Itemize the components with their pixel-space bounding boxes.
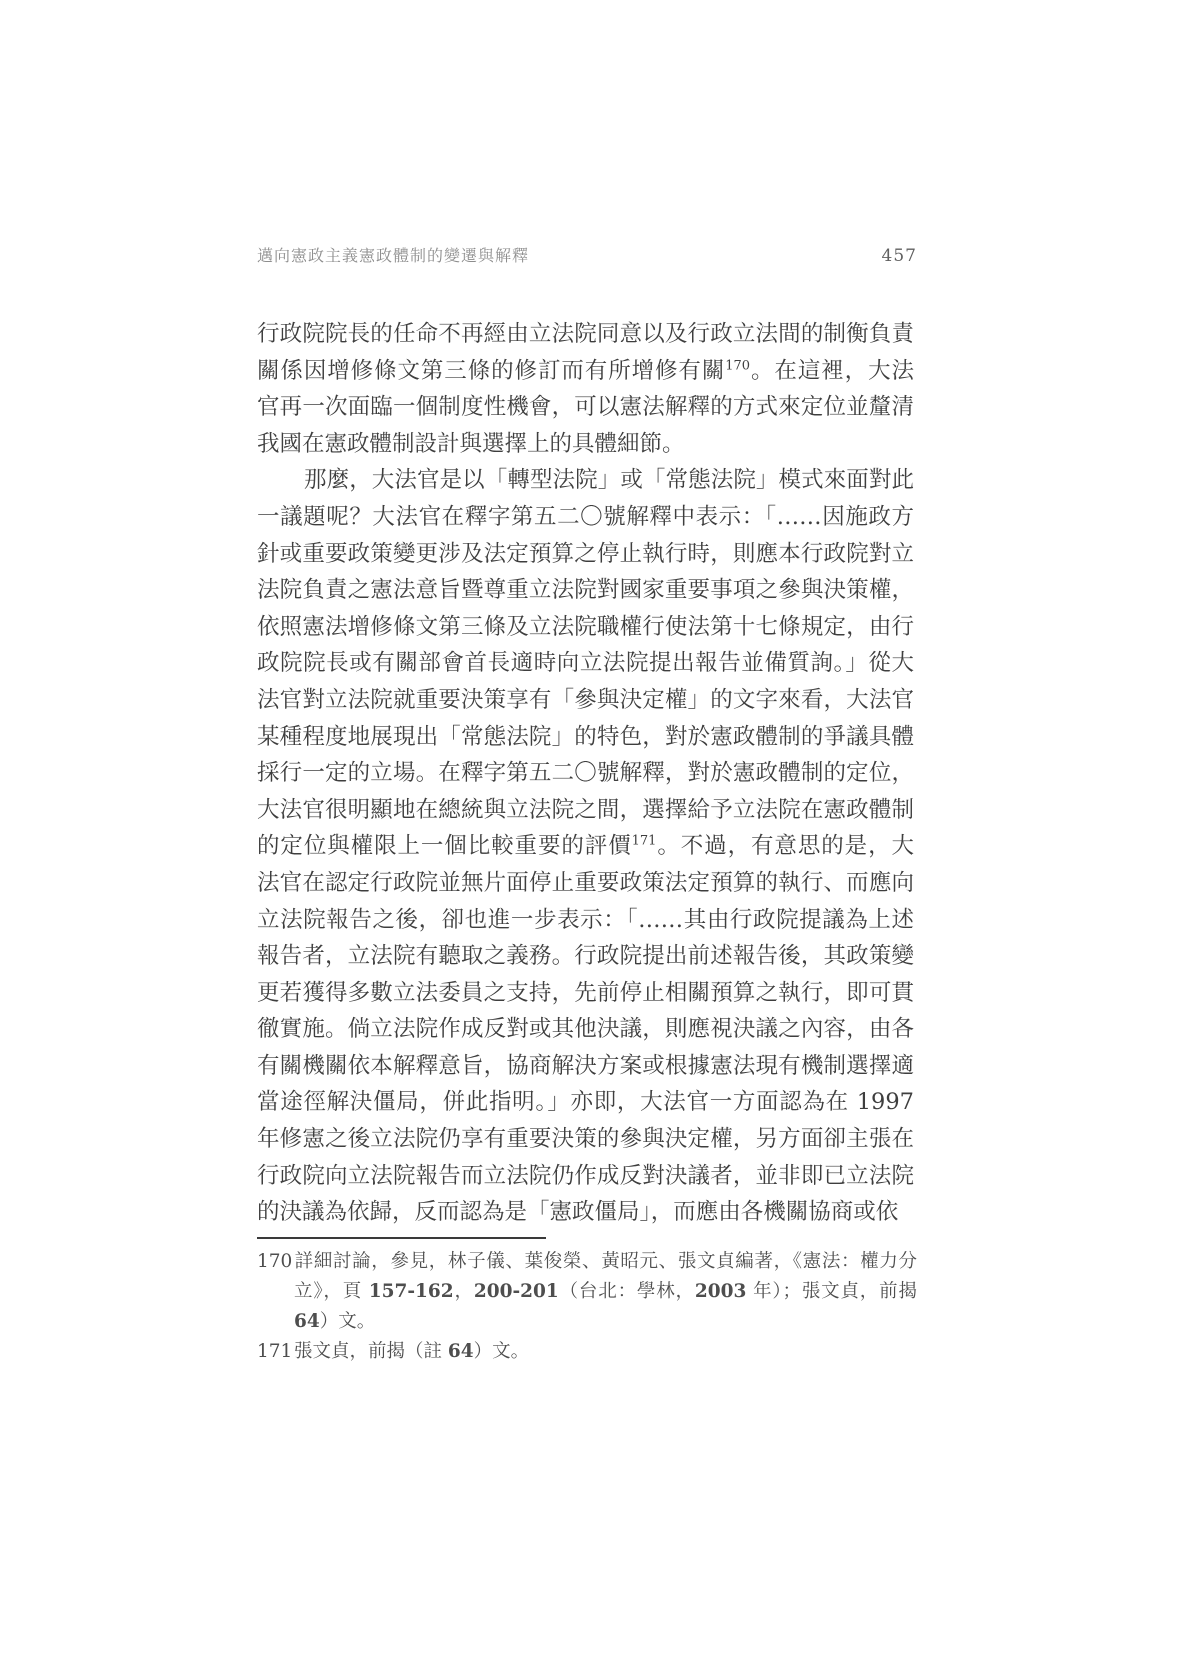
footnotes-section: 170詳細討論，參見，林子儀、葉俊榮、黃昭元、張文貞編著，《憲法：權力分立》，頁… xyxy=(257,1247,917,1367)
text-segment: 徹實施。倘立法院作成反對或其他決議，則應視決議之內容，由各 xyxy=(257,1016,914,1042)
text-line: 當途徑解決僵局，併此指明。」亦即，大法官一方面認為在 1997 xyxy=(257,1084,914,1121)
text-line: 的定位與權限上一個比較重要的評價171。不過，有意思的是，大 xyxy=(257,828,914,865)
text-segment: 立》，頁 xyxy=(294,1281,369,1302)
text-segment: 法官對立法院就重要決策享有「參與決定權」的文字來看，大法官 xyxy=(257,687,914,713)
body-text: 行政院院長的任命不再經由立法院同意以及行政立法間的制衡負責關係因增修條文第三條的… xyxy=(257,316,914,1231)
text-line: 大法官很明顯地在總統與立法院之間，選擇給予立法院在憲政體制 xyxy=(257,792,914,829)
text-segment: 依照憲法增修條文第三條及立法院職權行使法第十七條規定，由行 xyxy=(257,614,914,640)
text-line: 年修憲之後立法院仍享有重要決策的參與決定權，另方面卻主張在 xyxy=(257,1121,914,1158)
text-segment: 行政院向立法院報告而立法院仍作成反對決議者，並非即已立法院 xyxy=(257,1163,914,1189)
text-segment: 那麼，大法官是以「轉型法院」或「常態法院」模式來面對此 xyxy=(304,467,914,493)
page-number: 457 xyxy=(882,246,917,266)
text-line: 針或重要政策變更涉及法定預算之停止執行時，則應本行政院對立 xyxy=(257,536,914,573)
scanned-book-page: 邁向憲政主義憲政體制的變遷與解釋 457 行政院院長的任命不再經由立法院同意以及… xyxy=(0,0,1177,1664)
text-line: 政院院長或有關部會首長適時向立法院提出報告並備質詢。」從大 xyxy=(257,645,914,682)
text-segment: 法院負責之憲法意旨暨尊重立法院對國家重要事項之參與決策權， xyxy=(257,577,914,603)
footnote-170: 170詳細討論，參見，林子儀、葉俊榮、黃昭元、張文貞編著，《憲法：權力分立》，頁… xyxy=(257,1247,917,1337)
text-segment: （台北：學林， xyxy=(559,1281,695,1302)
text-segment: 針或重要政策變更涉及法定預算之停止執行時，則應本行政院對立 xyxy=(257,541,914,567)
text-segment: 64 xyxy=(448,1341,474,1362)
text-line: 立法院報告之後，卻也進一步表示：「……其由行政院提議為上述 xyxy=(257,902,914,939)
running-title-chapter: 憲政體制的變遷與解釋 xyxy=(359,246,529,265)
text-segment: 。不過，有意思的是，大 xyxy=(656,833,914,859)
footnote-line: 171張文貞，前揭（註 64）文。 xyxy=(257,1337,917,1367)
text-line: 關係因增修條文第三條的修訂而有所增修有關170。在這裡，大法 xyxy=(257,353,914,390)
text-segment: 關係因增修條文第三條的修訂而有所增修有關 xyxy=(257,358,725,384)
text-line: 官再一次面臨一個制度性機會，可以憲法解釋的方式來定位並釐清 xyxy=(257,389,914,426)
text-segment: 法官在認定行政院並無片面停止重要政策法定預算的執行、而應向 xyxy=(257,870,914,896)
text-segment: 157-162 xyxy=(369,1281,454,1302)
text-segment: 立法院報告之後，卻也進一步表示：「……其由行政院提議為上述 xyxy=(257,907,914,933)
text-segment: 報告者，立法院有聽取之義務。行政院提出前述報告後，其政策變 xyxy=(257,943,914,969)
text-line: 採行一定的立場。在釋字第五二〇號解釋，對於憲政體制的定位， xyxy=(257,755,914,792)
text-line: 一議題呢？大法官在釋字第五二〇號解釋中表示：「……因施政方 xyxy=(257,499,914,536)
text-line: 有關機關依本解釋意旨，協商解決方案或根據憲法現有機制選擇適 xyxy=(257,1048,914,1085)
text-line: 法官在認定行政院並無片面停止重要政策法定預算的執行、而應向 xyxy=(257,865,914,902)
footnote-number: 171 xyxy=(257,1337,294,1367)
text-line: 法院負責之憲法意旨暨尊重立法院對國家重要事項之參與決策權， xyxy=(257,572,914,609)
running-title-book: 邁向憲政主義 xyxy=(257,246,359,265)
text-segment: 更若獲得多數立法委員之支持，先前停止相關預算之執行，即可貫 xyxy=(257,980,914,1006)
text-line: 報告者，立法院有聽取之義務。行政院提出前述報告後，其政策變 xyxy=(257,938,914,975)
footnote-171: 171張文貞，前揭（註 64）文。 xyxy=(257,1337,917,1367)
text-segment: 年修憲之後立法院仍享有重要決策的參與決定權，另方面卻主張在 xyxy=(257,1126,914,1152)
footnote-line: 170詳細討論，參見，林子儀、葉俊榮、黃昭元、張文貞編著，《憲法：權力分 xyxy=(257,1247,917,1277)
text-line: 法官對立法院就重要決策享有「參與決定權」的文字來看，大法官 xyxy=(257,682,914,719)
footnote-ref: 171 xyxy=(632,834,657,849)
text-line: 我國在憲政體制設計與選擇上的具體細節。 xyxy=(257,426,914,463)
text-segment: 採行一定的立場。在釋字第五二〇號解釋，對於憲政體制的定位， xyxy=(257,760,914,786)
text-segment: 的定位與權限上一個比較重要的評價 xyxy=(257,833,632,859)
text-segment: ）文。 xyxy=(474,1341,530,1362)
footnote-ref: 170 xyxy=(725,358,750,373)
text-segment: ， xyxy=(454,1281,474,1302)
text-segment: 64 xyxy=(294,1311,320,1332)
text-segment: 我國在憲政體制設計與選擇上的具體細節。 xyxy=(257,431,685,457)
text-segment: 政院院長或有關部會首長適時向立法院提出報告並備質詢。」從大 xyxy=(257,650,914,676)
text-segment: 當途徑解決僵局，併此指明。」亦即，大法官一方面認為在 1997 xyxy=(257,1089,914,1115)
footnote-divider xyxy=(257,1237,546,1239)
text-segment: 一議題呢？大法官在釋字第五二〇號解釋中表示：「……因施政方 xyxy=(257,504,914,530)
text-line: 行政院院長的任命不再經由立法院同意以及行政立法間的制衡負責 xyxy=(257,316,914,353)
text-segment: 。在這裡，大法 xyxy=(750,358,914,384)
text-segment: 張文貞，前揭（註 xyxy=(294,1341,448,1362)
text-segment: 大法官很明顯地在總統與立法院之間，選擇給予立法院在憲政體制 xyxy=(257,797,914,823)
footnote-number: 170 xyxy=(257,1247,294,1277)
text-segment: 詳細討論，參見，林子儀、葉俊榮、黃昭元、張文貞編著，《憲法：權力分 xyxy=(294,1251,917,1272)
text-segment: 官再一次面臨一個制度性機會，可以憲法解釋的方式來定位並釐清 xyxy=(257,394,914,420)
running-header: 邁向憲政主義憲政體制的變遷與解釋 457 xyxy=(257,243,917,266)
text-segment: 有關機關依本解釋意旨，協商解決方案或根據憲法現有機制選擇適 xyxy=(257,1053,914,1079)
text-segment: 2003 xyxy=(695,1281,747,1302)
text-line: 行政院向立法院報告而立法院仍作成反對決議者，並非即已立法院 xyxy=(257,1158,914,1195)
text-line: 依照憲法增修條文第三條及立法院職權行使法第十七條規定，由行 xyxy=(257,609,914,646)
text-line: 徹實施。倘立法院作成反對或其他決議，則應視決議之內容，由各 xyxy=(257,1011,914,1048)
text-segment: ）文。 xyxy=(320,1311,376,1332)
text-line: 那麼，大法官是以「轉型法院」或「常態法院」模式來面對此 xyxy=(257,462,914,499)
text-segment: 的決議為依歸，反而認為是「憲政僵局」，而應由各機關協商或依 xyxy=(257,1199,898,1225)
text-segment: 某種程度地展現出「常態法院」的特色，對於憲政體制的爭議具體 xyxy=(257,724,914,750)
text-line: 更若獲得多數立法委員之支持，先前停止相關預算之執行，即可貫 xyxy=(257,975,914,1012)
text-line: 某種程度地展現出「常態法院」的特色，對於憲政體制的爭議具體 xyxy=(257,719,914,756)
text-segment: 200-201 xyxy=(474,1281,559,1302)
text-line: 的決議為依歸，反而認為是「憲政僵局」，而應由各機關協商或依 xyxy=(257,1194,914,1231)
text-segment: 行政院院長的任命不再經由立法院同意以及行政立法間的制衡負責 xyxy=(257,321,914,347)
footnote-line: 立》，頁 157-162，200-201（台北：學林，2003 年）；張文貞，前… xyxy=(257,1277,917,1307)
footnote-line: 64）文。 xyxy=(257,1307,917,1337)
running-title: 邁向憲政主義憲政體制的變遷與解釋 xyxy=(257,243,529,266)
